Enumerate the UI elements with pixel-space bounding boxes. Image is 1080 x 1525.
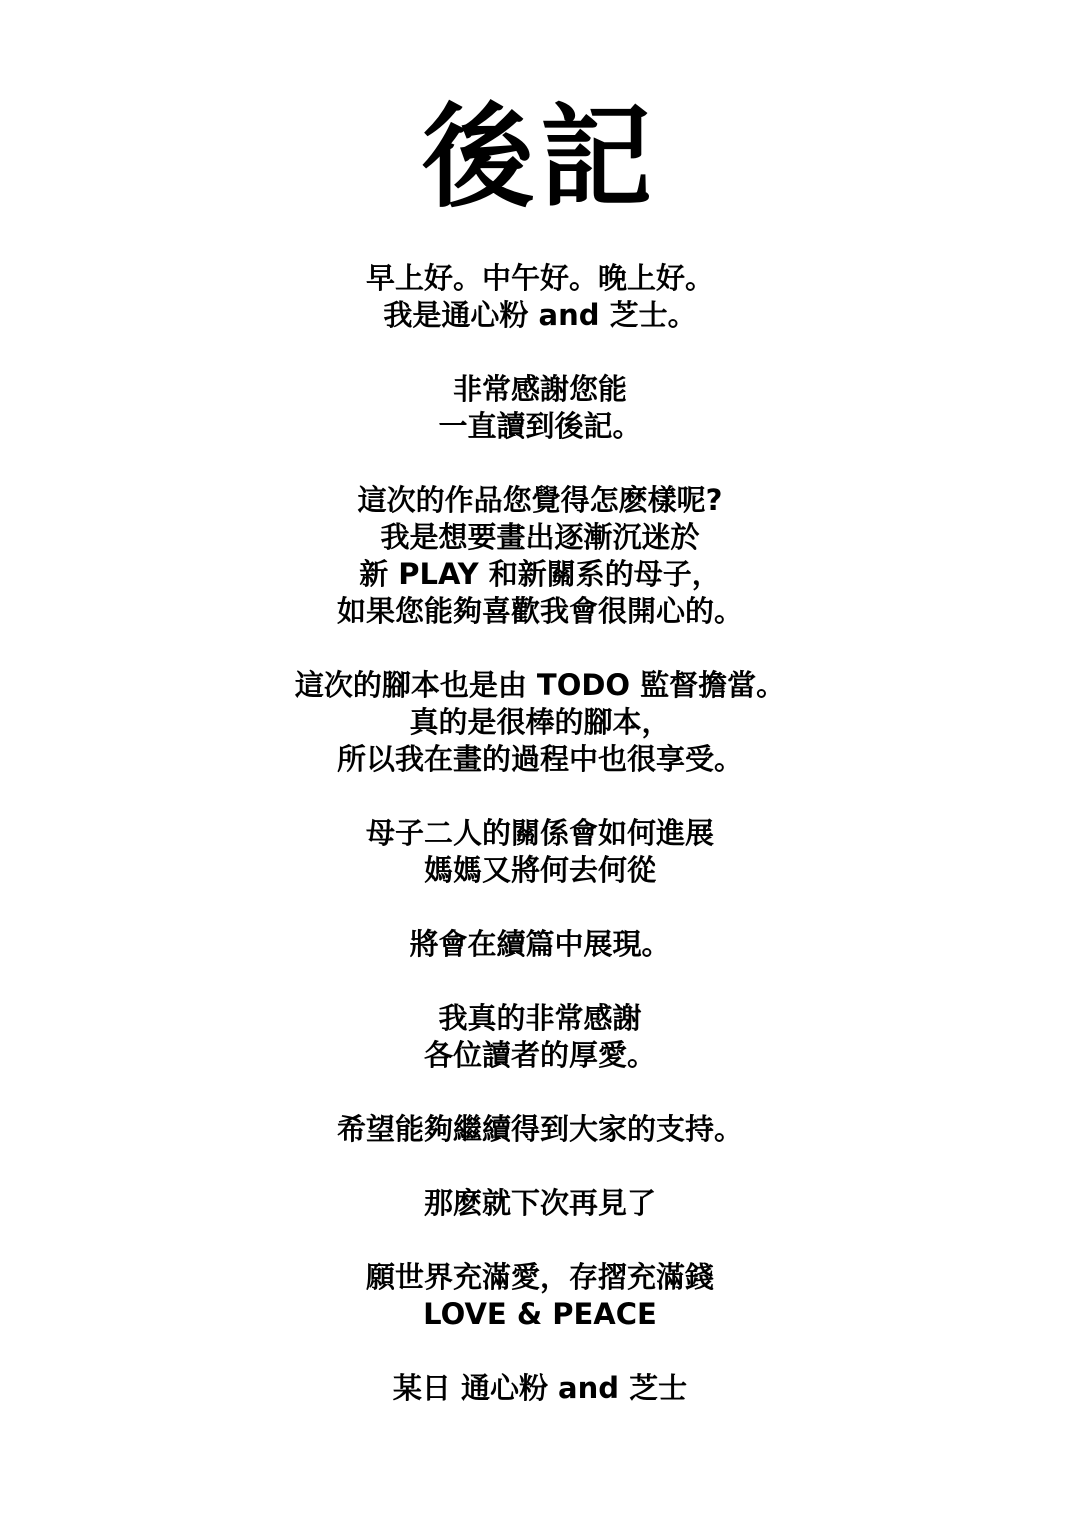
text-line: 所以我在畫的過程中也很享受。 (295, 741, 785, 778)
text-line: 如果您能夠喜歡我會很開心的。 (295, 593, 785, 630)
text-line: 我是想要畫出逐漸沉迷於 (295, 519, 785, 556)
text-line: 我是通心粉 and 芝士。 (295, 297, 785, 334)
text-line: 媽媽又將何去何從 (295, 852, 785, 889)
paragraph-thanks-for-reading: 非常感謝您能 一直讀到後記。 (295, 371, 785, 445)
paragraph-farewell: 那麽就下次再見了 (295, 1185, 785, 1222)
afterword-body: 早上好。中午好。晚上好。 我是通心粉 and 芝士。 非常感謝您能 一直讀到後記… (295, 260, 785, 1407)
text-line: 新 PLAY 和新關系的母子， (295, 556, 785, 593)
text-line: 非常感謝您能 (295, 371, 785, 408)
text-line: 真的是很棒的腳本， (295, 704, 785, 741)
page-title: 後記 (422, 86, 658, 232)
signature: 某日 通心粉 and 芝士 (295, 1370, 785, 1407)
text-line: 各位讀者的厚愛。 (295, 1037, 785, 1074)
text-line: 這次的作品您覺得怎麽樣呢? (295, 482, 785, 519)
paragraph-relationship-question: 母子二人的關係會如何進展 媽媽又將何去何從 (295, 815, 785, 889)
text-line: 我真的非常感謝 (295, 1000, 785, 1037)
text-line: 願世界充滿愛，存摺充滿錢 (295, 1259, 785, 1296)
paragraph-about-work: 這次的作品您覺得怎麽樣呢? 我是想要畫出逐漸沉迷於 新 PLAY 和新關系的母子… (295, 482, 785, 630)
paragraph-sequel: 將會在續篇中展現。 (295, 926, 785, 963)
paragraph-gratitude: 我真的非常感謝 各位讀者的厚愛。 (295, 1000, 785, 1074)
paragraph-motto: 願世界充滿愛，存摺充滿錢 LOVE & PEACE (295, 1259, 785, 1333)
paragraph-support: 希望能夠繼續得到大家的支持。 (295, 1111, 785, 1148)
text-line: 某日 通心粉 and 芝士 (295, 1370, 785, 1407)
text-line: LOVE & PEACE (295, 1296, 785, 1333)
text-line: 母子二人的關係會如何進展 (295, 815, 785, 852)
text-line: 這次的腳本也是由 TODO 監督擔當。 (295, 667, 785, 704)
paragraph-script-credit: 這次的腳本也是由 TODO 監督擔當。 真的是很棒的腳本， 所以我在畫的過程中也… (295, 667, 785, 778)
text-line: 希望能夠繼續得到大家的支持。 (295, 1111, 785, 1148)
text-line: 早上好。中午好。晚上好。 (295, 260, 785, 297)
text-line: 將會在續篇中展現。 (295, 926, 785, 963)
paragraph-greeting: 早上好。中午好。晚上好。 我是通心粉 and 芝士。 (295, 260, 785, 334)
text-line: 一直讀到後記。 (295, 408, 785, 445)
text-line: 那麽就下次再見了 (295, 1185, 785, 1222)
afterword-page: 後記 早上好。中午好。晚上好。 我是通心粉 and 芝士。 非常感謝您能 一直讀… (0, 0, 1080, 1525)
